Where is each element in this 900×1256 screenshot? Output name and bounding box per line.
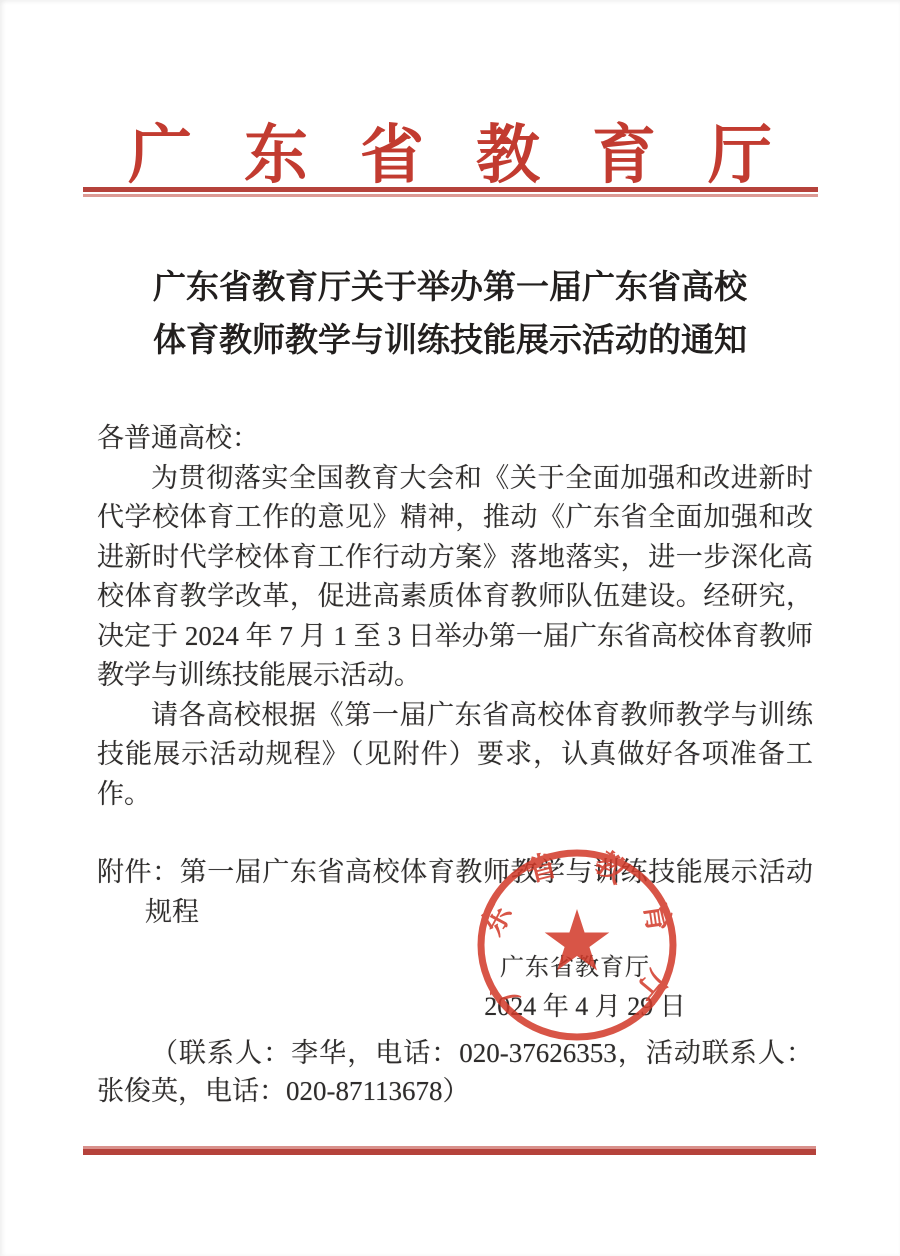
- body-paragraph-2: 请各高校根据《第一届广东省高校体育教师教学与训练技能展示活动规程》（见附件）要求…: [97, 696, 813, 815]
- footer-rule: [83, 1146, 816, 1155]
- letterhead-rule-thin-line: [83, 194, 818, 197]
- document-page: 广东省教育厅 广东省教育厅关于举办第一届广东省高校 体育教师教学与训练技能展示活…: [0, 0, 900, 1256]
- document-body: 各普通高校： 为贯彻落实全国教育大会和《关于全面加强和改进新时代学校体育工作的意…: [97, 419, 813, 932]
- signature-agency: 广东省教育厅: [455, 947, 695, 982]
- contact-info: （联系人：李华，电话：020-37626353，活动联系人：张俊英，电话：020…: [97, 1034, 813, 1110]
- document-title: 广东省教育厅关于举办第一届广东省高校 体育教师教学与训练技能展示活动的通知: [0, 262, 900, 368]
- attachment-line: 附件：第一届广东省高校体育教师教学与训练技能展示活动规程: [97, 853, 813, 932]
- letterhead-agency-name: 广东省教育厅: [0, 104, 900, 196]
- attachment-label: 附件：: [97, 857, 180, 887]
- attachment-title: 第一届广东省高校体育教师教学与训练技能展示活动规程: [145, 857, 813, 927]
- document-title-line-1: 广东省教育厅关于举办第一届广东省高校: [0, 262, 900, 315]
- letterhead-rule: [83, 187, 818, 197]
- footer-rule-thick-line: [83, 1149, 816, 1155]
- body-paragraph-1: 为贯彻落实全国教育大会和《关于全面加强和改进新时代学校体育工作的意见》精神，推动…: [97, 459, 813, 696]
- document-title-line-2: 体育教师教学与训练技能展示活动的通知: [0, 315, 900, 368]
- signature-date: 2024 年 4 月 29 日: [455, 986, 715, 1023]
- salutation: 各普通高校：: [97, 419, 813, 459]
